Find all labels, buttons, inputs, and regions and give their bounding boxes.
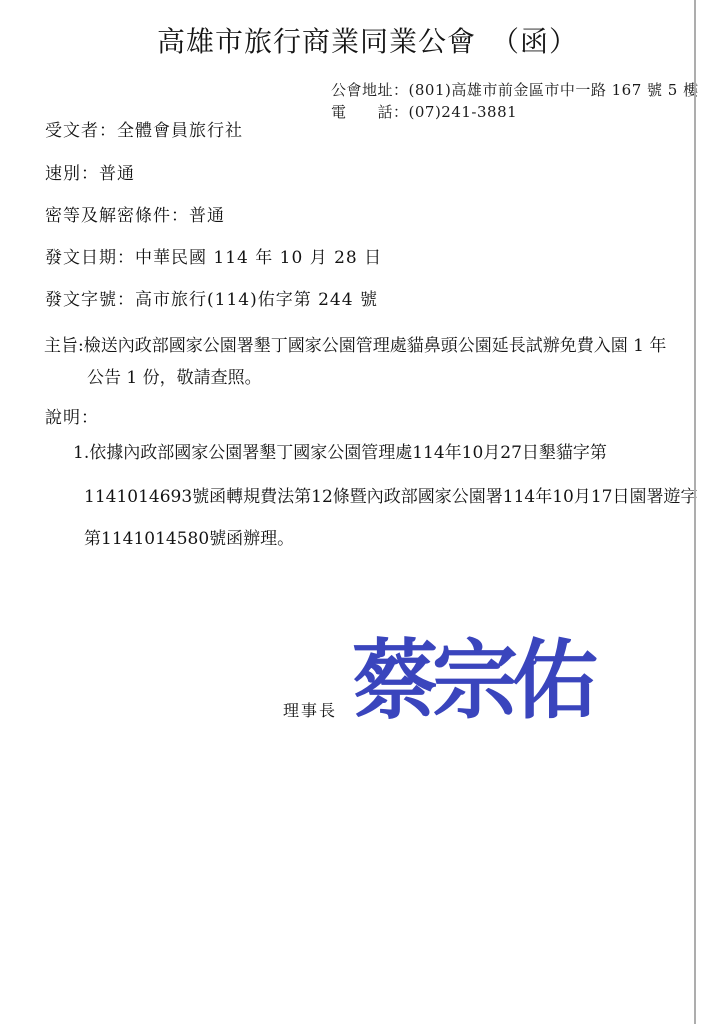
explanation-label: 說明： bbox=[45, 410, 99, 427]
subject-line-2: 公告 1 份，敬請查照。 bbox=[87, 370, 262, 387]
explanation-item1-line1: 1.依據內政部國家公園署墾丁國家公園管理處114年10月27日墾貓字第 bbox=[73, 445, 607, 462]
signer-title: 理事長 bbox=[283, 703, 337, 719]
document-page: 高雄市旅行商業同業公會 （函） 公會地址：(801)高雄市前金區市中一路 167… bbox=[0, 0, 703, 1024]
document-number-line: 發文字號：高市旅行(114)佑字第 244 號 bbox=[45, 292, 378, 309]
document-title: 高雄市旅行商業同業公會 （函） bbox=[157, 28, 578, 56]
association-address: 公會地址：(801)高雄市前金區市中一路 167 號 5 樓 bbox=[331, 83, 699, 98]
issue-date-line: 發文日期：中華民國 114 年 10 月 28 日 bbox=[45, 250, 382, 267]
association-phone: 電 話：(07)241-3881 bbox=[331, 105, 517, 120]
security-classification-line: 密等及解密條件：普通 bbox=[45, 208, 225, 225]
subject-line-1: 主旨:檢送內政部國家公園署墾丁國家公園管理處貓鼻頭公園延長試辦免費入園 1 年 bbox=[44, 338, 666, 355]
signer-name-signature: 蔡宗佑 bbox=[352, 634, 592, 729]
speed-level-line: 速別：普通 bbox=[45, 166, 135, 183]
explanation-item1-line3: 第1141014580號函辦理。 bbox=[84, 531, 294, 548]
recipient-line: 受文者：全體會員旅行社 bbox=[45, 123, 243, 140]
scan-edge-line bbox=[694, 0, 696, 1024]
explanation-item1-line2: 1141014693號函轉規費法第12條暨內政部國家公園署114年10月17日園… bbox=[84, 489, 698, 506]
